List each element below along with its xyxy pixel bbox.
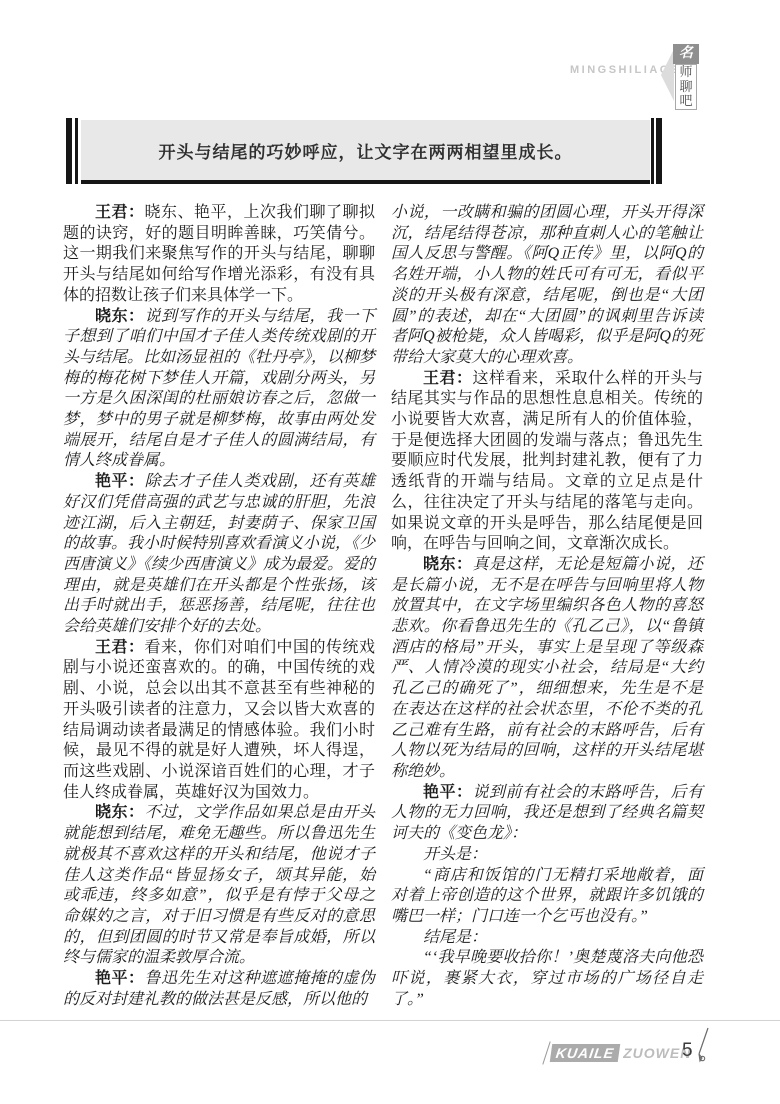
dialogue-paragraph: 王君：这样看来，采取什么样的开头与结尾其实与作品的思想性息息相关。传统的小说要皆… [391, 369, 703, 555]
excerpt-quote-opening: “商店和饭馆的门无精打采地敞着，面对着上帝创造的这个世界，就跟许多饥饿的嘴巴一样… [391, 866, 703, 928]
speech-text: 结尾是： [423, 929, 487, 946]
speech-text: 开头是： [423, 846, 487, 863]
speech-text: 这样看来，采取什么样的开头与结尾其实与作品的思想性息息相关。传统的小说要皆大欢喜… [391, 370, 703, 553]
speech-text: 除去才子佳人类戏剧，还有英雄好汉们凭借高强的武艺与忠诚的肝胆，先浪迹江湖，后入主… [63, 473, 375, 635]
masthead-flag-logo: 名 师聊吧 [661, 44, 701, 110]
speaker-name: 艳平： [95, 473, 145, 490]
dialogue-paragraph-continuation: 小说，一改瞒和骗的团圆心理，开头开得深沉，结尾结得苍凉，那种直刺人心的笔触让国人… [391, 203, 703, 369]
speech-text: 不过，文学作品如果总是由开头就能想到结尾，难免无趣些。所以鲁迅先生就极其不喜欢这… [63, 804, 375, 966]
speech-text: “商店和饭馆的门无精打采地敞着，面对着上帝创造的这个世界，就跟许多饥饿的嘴巴一样… [391, 867, 703, 925]
dialogue-paragraph: 艳平：除去才子佳人类戏剧，还有英雄好汉们凭借高强的武艺与忠诚的肝胆，先浪迹江湖，… [63, 472, 375, 638]
right-column: 小说，一改瞒和骗的团圆心理，开头开得深沉，结尾结得苍凉，那种直刺人心的笔触让国人… [391, 203, 703, 1010]
speaker-name: 王君： [95, 639, 145, 656]
section-banner: 开头与结尾的巧妙呼应，让文字在两两相望里成长。 [81, 120, 650, 184]
quill-pen-icon [693, 1027, 713, 1065]
banner-title: 开头与结尾的巧妙呼应，让文字在两两相望里成长。 [159, 138, 573, 163]
speech-text: “‘我早晚要收拾你！’奥楚蔑洛夫向他恐吓说，裹紧大衣，穿过市场的广场径自走了。” [391, 949, 703, 1007]
left-column: 王君：晓东、艳平，上次我们聊了聊拟题的诀窍，好的题目明眸善睐，巧笑倩兮。这一期我… [63, 203, 375, 1010]
banner-left-thin-bar [75, 118, 78, 184]
dialogue-paragraph: 艳平：说到前有社会的末路呼告，后有人物的无力回响，我还是想到了经典名篇契诃夫的《… [391, 783, 703, 845]
excerpt-label-opening: 开头是： [391, 845, 703, 866]
dialogue-paragraph: 王君：晓东、艳平，上次我们聊了聊拟题的诀窍，好的题目明眸善睐，巧笑倩兮。这一期我… [63, 203, 375, 307]
dialogue-paragraph: 艳平：鲁迅先生对这种遮遮掩掩的虚伪的反对封建礼教的做法甚是反感，所以他的 [63, 969, 375, 1010]
speech-text: 真是这样，无论是短篇小说，还是长篇小说，无不是在呼告与回响里将人物放置其中，在文… [391, 556, 703, 780]
brand-kuaile-label: KUAILE [550, 1044, 621, 1062]
speaker-name: 晓东： [95, 804, 145, 821]
speaker-name: 王君： [95, 204, 145, 221]
flag-top-character: 名 [673, 44, 699, 64]
speaker-name: 晓东： [95, 308, 145, 325]
page-number: 5 [682, 1040, 693, 1062]
dialogue-paragraph: 晓东：不过，文学作品如果总是由开头就能想到结尾，难免无趣些。所以鲁迅先生就极其不… [63, 803, 375, 969]
speaker-name: 晓东： [423, 556, 473, 573]
excerpt-label-ending: 结尾是： [391, 928, 703, 949]
flag-vertical-characters: 师聊吧 [675, 64, 697, 110]
excerpt-quote-ending: “‘我早晚要收拾你！’奥楚蔑洛夫向他恐吓说，裹紧大衣，穿过市场的广场径自走了。” [391, 948, 703, 1010]
speech-text: 看来，你们对咱们中国的传统戏剧与小说还蛮喜欢的。的确，中国传统的戏剧、小说，总会… [63, 639, 375, 801]
article-body: 王君：晓东、艳平，上次我们聊了聊拟题的诀窍，好的题目明眸善睐，巧笑倩兮。这一期我… [63, 203, 703, 1010]
banner-right-thick-bar [656, 118, 662, 184]
speech-text: 小说，一改瞒和骗的团圆心理，开头开得深沉，结尾结得苍凉，那种直刺人心的笔触让国人… [391, 204, 703, 366]
banner-left-thick-bar [66, 118, 72, 184]
speaker-name: 艳平： [423, 784, 473, 801]
banner-right-thin-bar [651, 118, 654, 184]
dialogue-paragraph: 晓东：说到写作的开头与结尾，我一下子想到了咱们中国才子佳人类传统戏剧的开头与结尾… [63, 307, 375, 473]
speaker-name: 王君： [423, 370, 473, 387]
dialogue-paragraph: 王君：看来，你们对咱们中国的传统戏剧与小说还蛮喜欢的。的确，中国传统的戏剧、小说… [63, 638, 375, 804]
speaker-name: 艳平： [95, 970, 145, 987]
speech-text: 说到写作的开头与结尾，我一下子想到了咱们中国才子佳人类传统戏剧的开头与结尾。比如… [63, 308, 375, 470]
footer-divider [0, 1020, 780, 1021]
magazine-page: MINGSHILIAOBA 名 师聊吧 开头与结尾的巧妙呼应，让文字在两两相望里… [0, 0, 780, 1104]
dialogue-paragraph: 晓东：真是这样，无论是短篇小说，还是长篇小说，无不是在呼告与回响里将人物放置其中… [391, 555, 703, 783]
